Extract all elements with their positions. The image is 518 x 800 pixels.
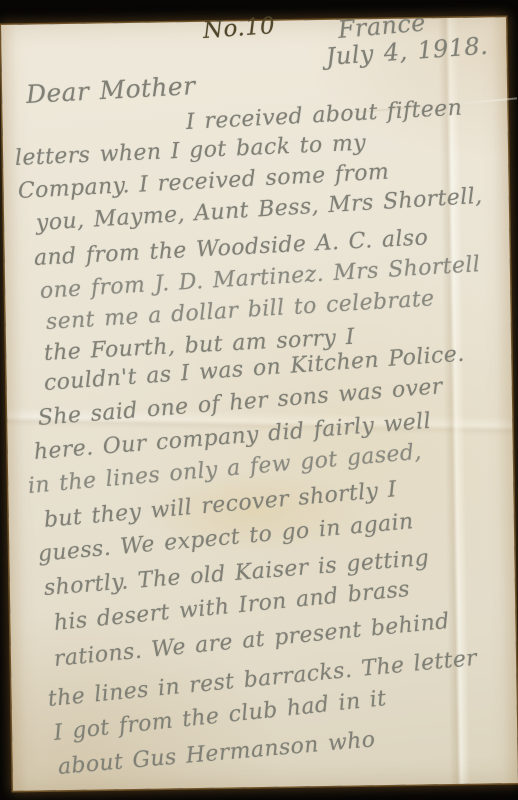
letter-number: No.10 [202,13,276,44]
letter-scan: No.10 France July 4, 1918. Dear Mother I… [0,0,518,800]
